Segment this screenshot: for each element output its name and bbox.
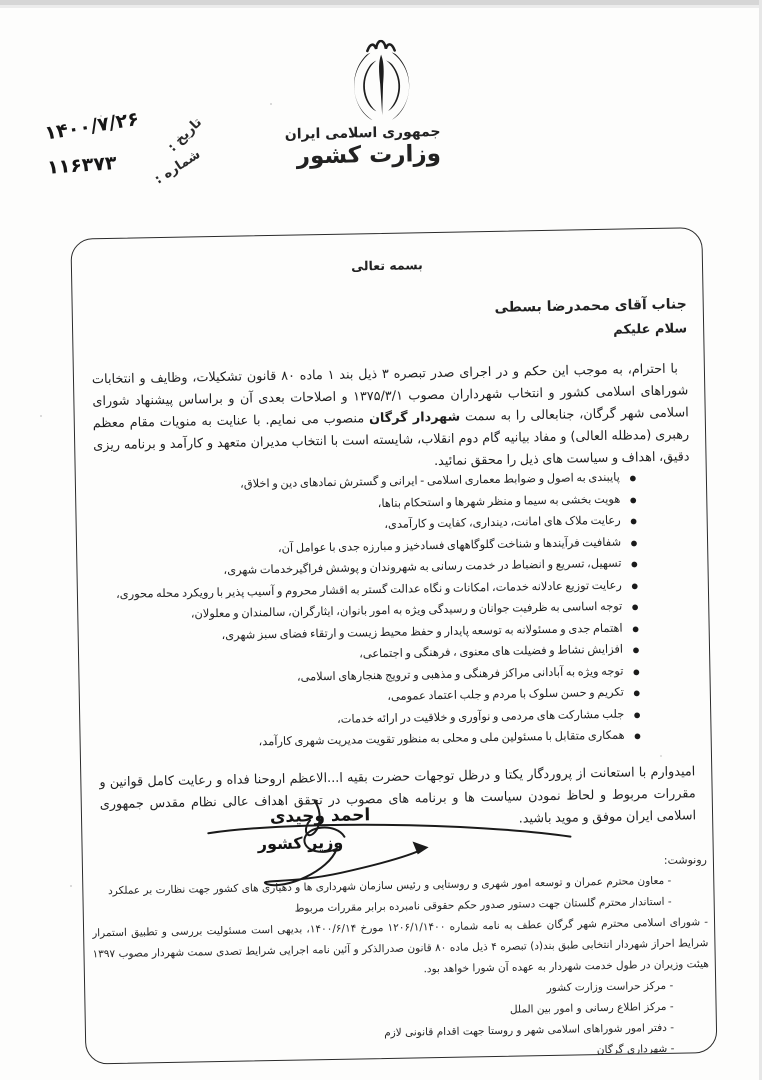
letter-frame: بسمه تعالی جناب آقای محمدرضا بسطی سلام ع… xyxy=(70,227,717,1064)
ministry-name: وزارت کشور xyxy=(325,141,441,169)
cc-section: رونوشت: - معاون محترم عمران و توسعه امور… xyxy=(95,850,711,1064)
country-name: جمهوری اسلامی ایران xyxy=(324,124,440,142)
date-label: تاریخ : xyxy=(165,115,205,155)
signer-name: احمد وحیدی xyxy=(254,805,386,827)
iran-national-emblem-icon xyxy=(323,39,440,123)
signer-title: وزیر کشور xyxy=(240,832,360,853)
mayor-title-bold: شهردار گرگان xyxy=(369,409,460,426)
besmele-heading: بسمه تعالی xyxy=(72,252,702,279)
letterhead: جمهوری اسلامی ایران وزارت کشور xyxy=(323,39,441,169)
date-value: ۱۴۰۰/۷/۲۶ xyxy=(43,108,140,145)
closing-paragraph: امیدوارم با استعانت از پروردگار یکتا و د… xyxy=(99,761,696,838)
policy-bullet-list: پایبندی به اصول و ضوابط معماری اسلامی - … xyxy=(98,467,625,756)
recipient-line: جناب آقای محمدرضا بسطی xyxy=(494,296,686,316)
cc-item: - شورای اسلامی محترم شهر گرگان عطف به نا… xyxy=(92,912,709,986)
appointment-paragraph: با احترام، به موجب این حکم و در اجرای صد… xyxy=(92,358,690,479)
scanned-letter-page: جمهوری اسلامی ایران وزارت کشور تاریخ : ۱… xyxy=(0,0,762,1080)
document-content: جمهوری اسلامی ایران وزارت کشور تاریخ : ۱… xyxy=(0,0,762,1080)
salutation-line: سلام علیکم xyxy=(613,321,687,337)
number-value: ۱۱۶۳۷۳ xyxy=(46,152,117,179)
